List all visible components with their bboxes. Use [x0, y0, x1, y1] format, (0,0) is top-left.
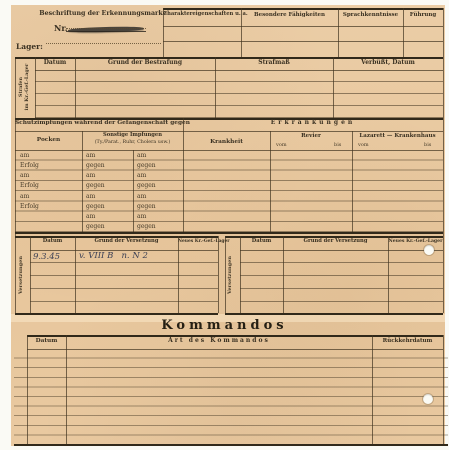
kommandos-rows: [14, 349, 448, 444]
versetzungen-left-side-label: Versetzungen: [18, 240, 28, 310]
punch-hole: [423, 394, 433, 404]
scribble-strike-line: [66, 31, 146, 32]
erkrankungen-divider: [270, 131, 271, 232]
versetzungen-right-bottom: [225, 313, 443, 315]
row-label: am: [20, 193, 70, 200]
kommandos-bottom-border: [14, 444, 448, 446]
strafen-col-verbuesst: Verbüßt, Datum: [333, 60, 443, 67]
strafen-col-datum: Datum: [35, 60, 75, 67]
kommandos-title: Kommandos: [0, 319, 449, 334]
row-label: gegen: [137, 162, 181, 169]
kommandos-divider: [66, 335, 67, 445]
card-right-border: [443, 8, 444, 313]
revier-bis-label: bis: [334, 142, 341, 148]
row-label: Erfolg: [20, 162, 70, 169]
versetzungen-right-left-edge: [225, 236, 226, 313]
row-label: am: [86, 213, 130, 220]
traits-row-line: [163, 41, 443, 42]
row-label: Erfolg: [20, 182, 70, 189]
traits-col-faehigkeiten: Besondere Fähigkeiten: [241, 12, 338, 18]
strafen-side-label-2: im Kr.-Gef.-Lager: [25, 56, 31, 118]
versetzungen-left-right-edge: [218, 236, 219, 313]
impfungen-span-header: Schutzimpfungen während der Gefangenscha…: [15, 120, 183, 127]
traits-col-charakter: Charaktereigenschaften u. a.: [163, 12, 241, 18]
col-lazarett: Lazarett — Krankenhaus: [352, 133, 443, 139]
kommandos-left-border: [27, 335, 28, 445]
traits-col-sprachkenntnisse: Sprachkenntnisse: [338, 12, 403, 18]
nr-dotted-line: [66, 28, 146, 29]
col-pocken: Pocken: [15, 137, 82, 144]
versetzungen-left-bottom: [15, 313, 218, 315]
row-label: am: [137, 172, 181, 179]
traits-row-line: [163, 26, 443, 27]
impfungen-sub-divider: [133, 150, 134, 232]
erkrankungen-span-header: Erkrankungen: [183, 120, 443, 127]
versetzungen-col-datum: Datum: [240, 239, 283, 245]
strafen-empty-rows: [35, 70, 443, 118]
traits-col-fuehrung: Führung: [403, 12, 443, 18]
row-label: gegen: [86, 182, 130, 189]
row-label: am: [137, 213, 181, 220]
row-label: am: [137, 152, 181, 159]
impfungen-span-line: [15, 131, 443, 132]
kommandos-col-rueckkehrdatum: Rückkehrdatum: [372, 338, 443, 344]
row-label: am: [137, 193, 181, 200]
versetzungen-col-grund: Grund der Versetzung: [75, 239, 178, 245]
impfungen-bottom-border: [15, 232, 443, 234]
lager-dotted-line: [46, 43, 161, 44]
row-label: gegen: [137, 182, 181, 189]
strafen-col-strafmass: Strafmaß: [215, 60, 333, 67]
impfungen-rows: [15, 150, 443, 232]
col-revier: Revier: [270, 133, 352, 139]
row-label: gegen: [86, 203, 130, 210]
erkennungsmarke-title: Beschriftung der Erkennungsmarke: [38, 10, 168, 17]
row-label: gegen: [137, 203, 181, 210]
handwritten-transfer-date: 9.3.45: [33, 252, 73, 262]
row-label: gegen: [86, 223, 130, 230]
kommandos-col-datum: Datum: [27, 338, 66, 345]
row-label: am: [86, 152, 130, 159]
versetzungen-col-grund: Grund der Versetzung: [283, 239, 388, 245]
row-label: am: [86, 172, 130, 179]
revier-vom-label: vom: [276, 142, 287, 148]
versetzungen-col-neues-lager: Neues Kr.-Gef.-Lager: [178, 239, 218, 244]
row-label: am: [20, 172, 70, 179]
col-sonstige-line2: (Ty./Parat., Ruhr, Cholera usw.): [82, 140, 183, 146]
row-label: am: [86, 193, 130, 200]
kommandos-col-art: Art des Kommandos: [66, 338, 372, 345]
lazarett-vom-label: vom: [358, 142, 369, 148]
kommandos-divider: [372, 335, 373, 445]
erkrankungen-divider: [352, 131, 353, 232]
versetzungen-col-datum: Datum: [30, 239, 75, 245]
traits-top-border: [163, 8, 443, 10]
impfungen-erkrankungen-divider: [183, 118, 184, 232]
col-krankheit: Krankheit: [183, 139, 270, 146]
strafen-col-grund: Grund der Bestrafung: [75, 60, 215, 67]
row-label: gegen: [137, 223, 181, 230]
kommandos-right-border: [443, 335, 444, 445]
versetzungen-col-neues-lager: Neues Kr.-Gef.-Lager: [388, 239, 443, 244]
scanned-pow-card: Beschriftung der Erkennungsmarke Nr. Lag…: [0, 0, 449, 450]
punch-hole: [424, 245, 434, 255]
impfungen-divider: [82, 131, 83, 232]
row-label: am: [20, 152, 70, 159]
lager-label: Lager:: [16, 42, 43, 51]
row-label: Erfolg: [20, 203, 70, 210]
row-label: gegen: [86, 162, 130, 169]
lazarett-bis-label: bis: [424, 142, 431, 148]
handwritten-transfer-reason: v. VIII B n. N 2: [79, 251, 177, 261]
versetzungen-rows: [240, 250, 443, 312]
strafen-side-label: Strafen im Kr.-Gef.-Lager: [19, 56, 31, 118]
versetzungen-right-side-label: Versetzungen: [227, 240, 237, 310]
col-sonstige-line1: Sonstige Impfungen: [82, 133, 183, 139]
